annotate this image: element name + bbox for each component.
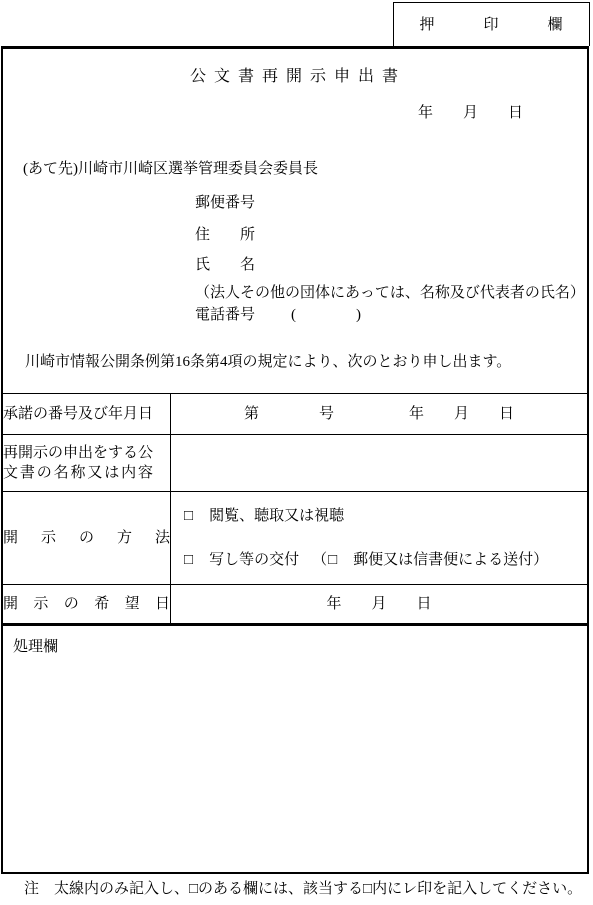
- sub-open-paren: （: [312, 552, 327, 568]
- address-field[interactable]: 住 所: [195, 225, 255, 245]
- phone-blank: ( ): [291, 307, 361, 323]
- phone-field[interactable]: 電話番号( ): [195, 305, 361, 325]
- disclosure-method-options: □閲覧、聴取又は視聴 □写し等の交付（□郵便又は信書便による送付）: [171, 492, 588, 585]
- checkbox-mail[interactable]: □: [328, 550, 337, 570]
- desired-date-value[interactable]: 年 月 日: [171, 585, 588, 625]
- processing-section-label: 処理欄: [13, 637, 58, 657]
- disclosure-method-label: 開示の方法: [3, 492, 171, 585]
- approval-number-label: 承諾の番号及び年月日: [3, 394, 171, 435]
- name-field[interactable]: 氏 名: [195, 255, 255, 275]
- copy-option-label: 写し等の交付: [209, 552, 299, 568]
- footer-note: 注 太線内のみ記入し、□のある欄には、該当する□内にレ印を記入してください。: [24, 879, 582, 899]
- viewing-option-label: 閲覧、聴取又は視聴: [209, 508, 344, 524]
- approval-number-value[interactable]: 第 号 年 月 日: [171, 394, 588, 435]
- form-title: 公 文 書 再 開 示 申 出 書: [3, 67, 587, 87]
- table-row: 再開示の申出をする公 文書の名称又は内容: [3, 435, 587, 492]
- header-date-line[interactable]: 年 月 日: [418, 103, 523, 123]
- document-name-label: 再開示の申出をする公 文書の名称又は内容: [3, 435, 171, 492]
- table-row: 承諾の番号及び年月日 第 号 年 月 日: [3, 394, 587, 435]
- method-option-viewing: □閲覧、聴取又は視聴: [184, 506, 587, 526]
- mail-sub-option: （□郵便又は信書便による送付）: [312, 552, 548, 568]
- statement-text: 川崎市情報公開条例第16条第4項の規定により、次のとおり申し出ます。: [25, 352, 511, 372]
- addressee-line: (あて先)川崎市川崎区選挙管理委員会委員長: [23, 159, 318, 179]
- corporate-note: （法人その他の団体にあっては、名称及び代表者の氏名）: [195, 283, 585, 303]
- seal-box[interactable]: 押 印 欄: [393, 2, 590, 46]
- method-option-copy: □写し等の交付（□郵便又は信書便による送付）: [184, 550, 587, 570]
- table-row: 開示の方法 □閲覧、聴取又は視聴 □写し等の交付（□郵便又は信書便による送付）: [3, 492, 587, 585]
- postal-code-field[interactable]: 郵便番号: [195, 193, 255, 213]
- form-body: 公 文 書 再 開 示 申 出 書 年 月 日 (あて先)川崎市川崎区選挙管理委…: [1, 46, 589, 874]
- desired-date-label: 開示の希望日: [3, 585, 171, 625]
- checkbox-copy[interactable]: □: [184, 550, 193, 570]
- checkbox-viewing[interactable]: □: [184, 506, 193, 526]
- mail-option-label: 郵便又は信書便による送付）: [353, 552, 548, 568]
- seal-box-label: 押 印 欄: [419, 15, 563, 35]
- phone-label: 電話番号: [195, 307, 255, 323]
- application-table: 承諾の番号及び年月日 第 号 年 月 日 再開示の申出をする公 文書の名称又は内…: [3, 393, 587, 626]
- table-row: 開示の希望日 年 月 日: [3, 585, 587, 625]
- document-name-input-cell[interactable]: [171, 435, 588, 492]
